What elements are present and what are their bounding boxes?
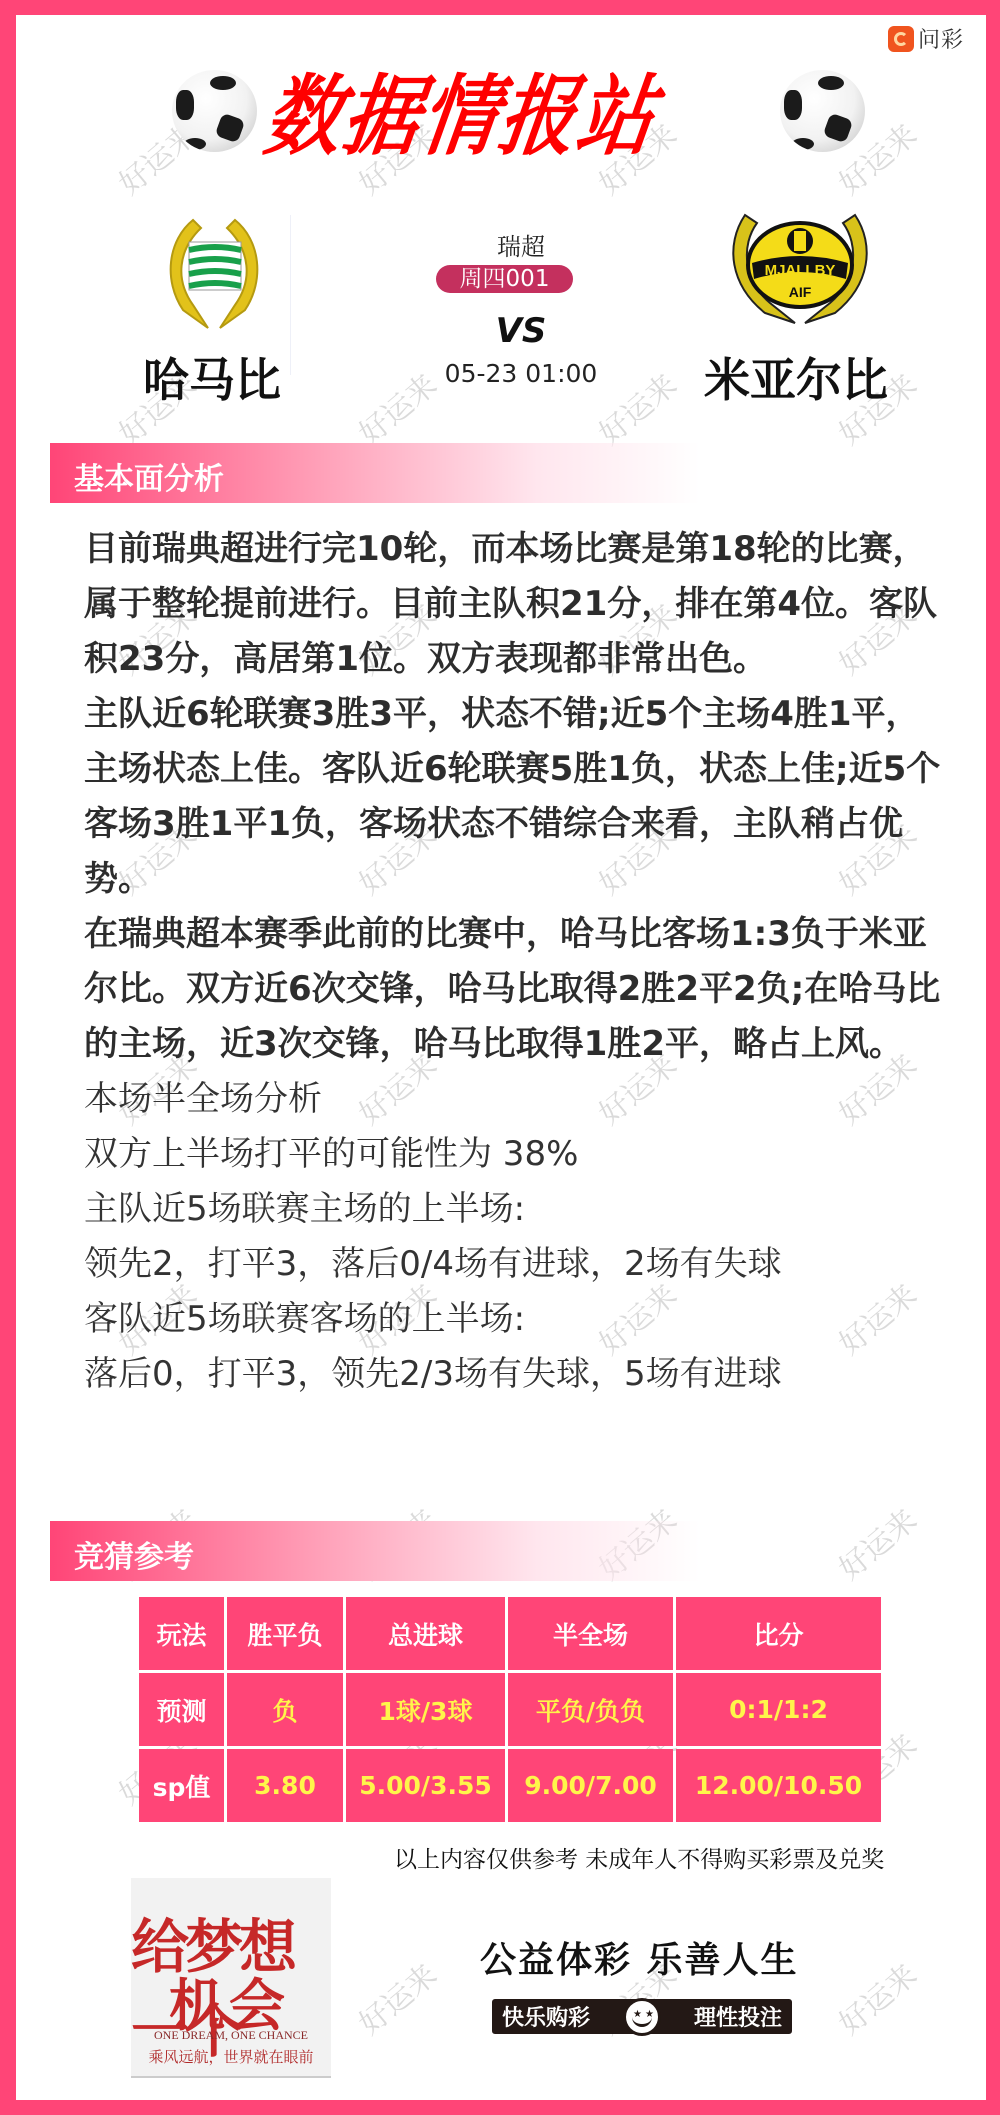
table-header-cell: 半全场 [508,1597,673,1670]
divider [290,215,291,375]
paragraph: 目前瑞典超进行完10轮，而本场比赛是第18轮的比赛，属于整轮提前进行。目前主队积… [84,522,944,687]
table-header-cell: 玩法 [139,1597,224,1670]
slogan: 公益体彩 乐善人生 [480,1932,799,1983]
table-cell: 9.00/7.00 [508,1749,673,1822]
table-cell: 1球/3球 [346,1673,505,1746]
league-name: 瑞超 [396,227,646,262]
paragraph: 在瑞典超本赛季此前的比赛中，哈马比客场1:3负于米亚尔比。双方近6次交锋，哈马比… [84,907,944,1072]
table-row: 预测 负 1球/3球 平负/负负 0:1/1:2 [139,1673,881,1746]
brand-name: 问彩 [918,23,964,54]
table-cell: 0:1/1:2 [676,1673,881,1746]
watermark: 好运来 [827,1951,924,2043]
table-header-row: 玩法 胜平负 总进球 半全场 比分 [139,1597,881,1670]
table-header-cell: 总进球 [346,1597,505,1670]
table-header-cell: 胜平负 [227,1597,343,1670]
half-full-line: 领先2，打平3，落后0/4场有进球，2场有失球 [84,1237,944,1292]
half-full-line: 落后0，打平3，领先2/3场有失球，5场有进球 [84,1347,944,1402]
table-cell: 负 [227,1673,343,1746]
half-full-line: 主队近5场联赛主场的上半场: [84,1182,944,1237]
banner-left-text: 快乐购彩 [502,2001,590,2032]
soccer-ball-icon [172,70,257,152]
half-full-line: 客队近5场联赛客场的上半场: [84,1292,944,1347]
responsible-gaming-banner: 快乐购彩 ★★ 理性投注 [492,1999,792,2034]
home-team-name: 哈马比 [143,357,281,403]
watermark: 好运来 [827,1496,924,1588]
dream-english: ONE DREAM, ONE CHANCE [131,2028,331,2043]
section-header-guess: 竞猜参考 [50,1521,700,1581]
banner-right-text: 理性投注 [694,2001,782,2032]
guess-table: 玩法 胜平负 总进球 半全场 比分 预测 负 1球/3球 平负/负负 0:1/1… [136,1594,884,1825]
table-cell: 平负/负负 [508,1673,673,1746]
watermark: 好运来 [347,1951,444,2043]
table-cell: 12.00/10.50 [676,1749,881,1822]
table-row: sp值 3.80 5.00/3.55 9.00/7.00 12.00/10.50 [139,1749,881,1822]
wencai-logo-icon [888,26,914,52]
soccer-ball-icon [780,70,865,152]
table-header-cell: 比分 [676,1597,881,1670]
brand-logo: 问彩 [888,23,964,54]
smiley-face-icon: ★★ [623,1998,661,2036]
section-header-basic: 基本面分析 [50,443,700,503]
dream-chinese: 乘风远航，世界就在眼前 [131,2046,331,2067]
vs-label: VS [396,311,646,351]
dream-image: 给梦想一个 机会 ONE DREAM, ONE CHANCE 乘风远航，世界就在… [131,1878,331,2078]
report-page: 好运来 好运来 好运来 好运来 好运来 好运来 好运来 好运来 好运来 好运来 … [16,15,986,2100]
away-team-name: 米亚尔比 [704,357,888,403]
disclaimer: 以上内容仅供参考 未成年人不得购买彩票及兑奖 [394,1841,884,1874]
table-cell: 5.00/3.55 [346,1749,505,1822]
table-cell: 3.80 [227,1749,343,1822]
match-code-badge: 周四001 [436,265,573,293]
half-full-heading: 本场半全场分析 [84,1072,944,1127]
hammarby-crest-icon [163,210,265,330]
paragraph: 主队近6轮联赛3胜3平，状态不错;近5个主场4胜1平，主场状态上佳。客队近6轮联… [84,687,944,907]
section-title: 基本面分析 [74,454,224,498]
kickoff-time: 05-23 01:00 [396,359,646,388]
section-title: 竞猜参考 [74,1532,194,1576]
svg-text:MJALLBY: MJALLBY [765,262,836,279]
page-title: 数据情报站 [260,73,662,160]
svg-text:AIF: AIF [789,284,812,300]
mjallby-crest-icon: MJALLBY AIF [725,205,875,325]
analysis-body: 目前瑞典超进行完10轮，而本场比赛是第18轮的比赛，属于整轮提前进行。目前主队积… [84,522,944,1402]
half-full-line: 双方上半场打平的可能性为 38% [84,1127,944,1182]
row-label: 预测 [139,1673,224,1746]
row-label: sp值 [139,1749,224,1822]
